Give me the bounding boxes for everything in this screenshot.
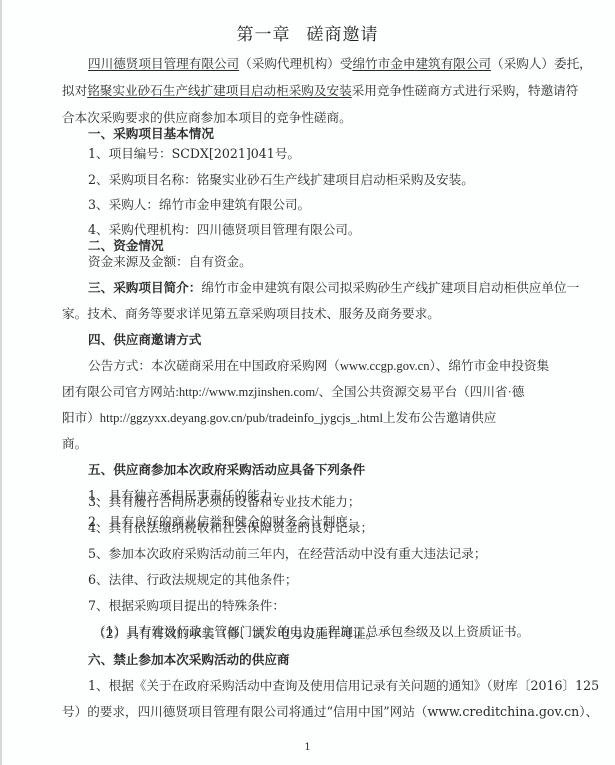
s1-item-1: 1、项目编号：SCDX[2021]041号。 (88, 146, 300, 162)
s6-line-1: 1、根据《关于在政府采购活动中查询及使用信用记录有关问题的通知》（财库〔2016… (88, 678, 599, 694)
s4-line-3: 阳市）http://ggzyxx.deyang.gov.cn/pub/trade… (62, 410, 496, 426)
chapter-name: 磋商邀请 (307, 25, 379, 45)
section-2-heading: 二、资金情况 (88, 238, 164, 254)
s4-line-4: 商。 (62, 436, 87, 452)
agency-name: 四川德贤项目管理有限公司 (88, 56, 239, 71)
section-4-heading: 四、供应商邀请方式 (88, 332, 201, 348)
purchaser-role: （采购人）委托， (491, 56, 592, 71)
section-1-heading: 一、采购项目基本情况 (88, 126, 214, 142)
intro-suffix: 采用竞争性磋商方式进行采购，特邀请符 (352, 83, 579, 98)
intro-line-3: 合本次采购要求的供应商参加本项目的竞争性磋商。 (62, 110, 352, 126)
project-name: 铭聚实业砂石生产线扩建项目启动柜采购及安装 (87, 83, 351, 98)
agency-role: （采购代理机构）受 (239, 56, 352, 71)
s5-item-3: 3、具有履行合同所必须的设备和专业技术能力； (88, 494, 360, 510)
s1-item-2: 2、采购项目名称：铭聚实业砂石生产线扩建项目启动柜采购及安装。 (88, 172, 474, 188)
section-6-heading: 六、禁止参加本次采购活动的供应商 (88, 652, 290, 668)
s2-text: 资金来源及金额：自有资金。 (88, 254, 252, 270)
s1-item-4: 4、采购代理机构：四川德贤项目管理有限公司。 (88, 222, 360, 238)
section-5-heading: 五、供应商参加本次政府采购活动应具备下列条件 (88, 462, 365, 478)
section-3-heading: 三、采购项目简介： (88, 280, 201, 295)
intro-line-2: 拟对铭聚实业砂石生产线扩建项目启动柜采购及安装采用竞争性磋商方式进行采购，特邀请… (62, 83, 578, 99)
s3-text-1: 绵竹市金申建筑有限公司拟采购砂生产线扩建项目启动柜供应单位一 (201, 280, 579, 295)
chapter-number: 第一章 (237, 25, 291, 45)
s6-line-2: 号）的要求，四川德贤项目管理有限公司将通过“信用中国”网站（www.credit… (62, 704, 598, 720)
chapter-title: 第一章磋商邀请 (0, 20, 615, 45)
s5-item-4: 4、具有依法缴纳税收和社会保障资金的良好记录； (88, 520, 373, 536)
document-page: 第一章磋商邀请 四川德贤项目管理有限公司（采购代理机构）受绵竹市金申建筑有限公司… (0, 0, 615, 765)
intro-prefix: 拟对 (62, 83, 87, 98)
intro-line-1: 四川德贤项目管理有限公司（采购代理机构）受绵竹市金申建筑有限公司（采购人）委托， (88, 56, 592, 72)
section-3-line-1: 三、采购项目简介：绵竹市金申建筑有限公司拟采购砂生产线扩建项目启动柜供应单位一 (88, 280, 579, 296)
s5-item-6: 6、法律、行政法规规定的其他条件； (88, 572, 298, 588)
s5-item-5: 5、参加本次政府采购活动前三年内，在经营活动中没有重大违法记录； (88, 546, 486, 562)
section-3-line-2: 家。技术、商务等要求详见第五章采购项目技术、服务及商务要求。 (62, 306, 440, 322)
s5-item-7: 7、根据采购项目提出的特殊条件： (88, 598, 285, 614)
s5-sub-item-2: （2）具有有效的承装（修、试）电力设施许可证。 (93, 626, 378, 642)
s1-item-3: 3、采购人：绵竹市金申建筑有限公司。 (88, 197, 310, 213)
s4-line-1: 公告方式：本次磋商采用在中国政府采购网（www.ccgp.gov.cn）、绵竹市… (88, 358, 549, 374)
s4-line-2: 团有限公司官方网站:http://www.mzjinshen.com/、全国公共… (62, 384, 524, 400)
purchaser-name: 绵竹市金申建筑有限公司 (352, 56, 491, 71)
page-number: 1 (0, 742, 615, 753)
